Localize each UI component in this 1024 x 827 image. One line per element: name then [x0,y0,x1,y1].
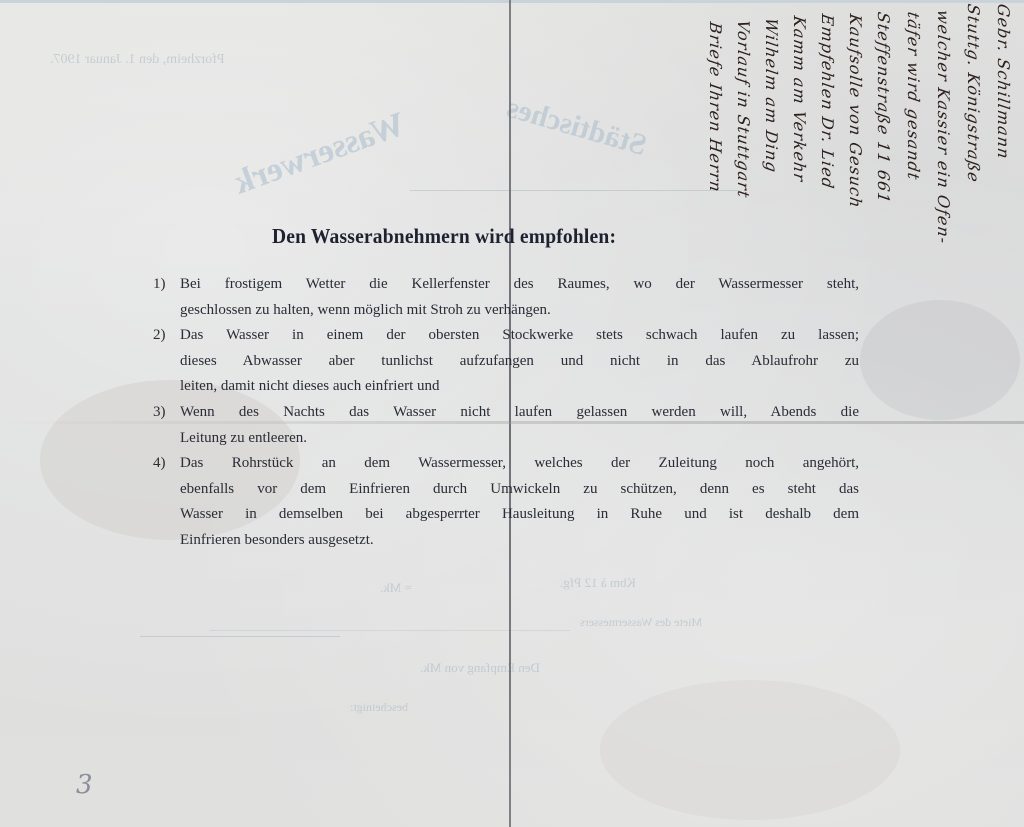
handwriting-column: Briefe Ihren Herrn [706,21,725,194]
handwriting-column: Kaufsolle von Gesuch [846,13,865,210]
item-line: Leitung zu entleeren. [180,426,859,452]
item-line: Wenn des Nachts das Wasser nicht laufen … [180,400,859,426]
scanned-document: Pforzheim, den 1. Januar 1907. Wasserwer… [0,0,1024,827]
item-number: 2) [153,323,166,349]
show-through-rule [140,636,340,637]
handwriting-column: Vorlauf in Stuttgart [734,19,753,200]
handwritten-note: Gebr. Schillmann Stuttg. Königstraße wel… [676,4,1021,304]
item-line: Das Rohrstück an dem Wassermesser, welch… [180,451,859,477]
handwriting-column: Stuttg. Königstraße [964,3,983,184]
show-through-line: Den Empfang von Mk. [420,660,540,676]
show-through-line: bescheinigt: [350,700,408,715]
handwriting-column: Gebr. Schillmann [994,3,1013,161]
item-line: leiten, damit nicht dieses auch einfrier… [180,374,859,400]
item-line: Das Wasser in einem der obersten Stockwe… [180,323,859,349]
item-line: dieses Abwasser aber tunlichst aufzufang… [180,349,859,375]
pencil-margin-mark: 3 [76,770,93,800]
handwriting-column: Empfehlen Dr. Lied [818,13,837,191]
recommendation-item: 4) Das Rohrstück an dem Wassermesser, we… [153,451,859,553]
item-number: 1) [153,272,166,298]
item-number: 4) [153,451,166,477]
item-line: Einfrieren besonders ausgesetzt. [180,528,859,554]
show-through-title-right: Städtisches [503,91,650,163]
recommendation-item: 2) Das Wasser in einem der obersten Stoc… [153,323,859,400]
item-number: 3) [153,400,166,426]
handwriting-column: welcher Kassier ein Ofen- [934,9,953,246]
item-line: ebenfalls vor dem Einfrieren durch Umwic… [180,477,859,503]
handwriting-column: Wilhelm am Ding [762,17,781,175]
recommendation-item: 3) Wenn des Nachts das Wasser nicht lauf… [153,400,859,451]
show-through-line: Kbm à 12 Pfg. [560,575,636,591]
handwriting-column: Kamm am Verkehr [790,15,809,184]
item-line: Wasser in demselben bei abgesperrter Hau… [180,502,859,528]
paper-stain [600,680,900,820]
scan-top-edge [0,0,1024,3]
recommendations-list: 1) Bei frostigem Wetter die Kellerfenste… [153,272,859,554]
show-through-line: Miete des Wassermessers [580,615,702,630]
show-through-title-left: Wasserwerk [229,105,411,202]
show-through-line: = Mk. [380,580,412,596]
paper-stain [860,300,1020,420]
show-through-date: Pforzheim, den 1. Januar 1907. [50,52,225,68]
document-heading: Den Wasserabnehmern wird empfohlen: [272,224,616,249]
handwriting-column: Steffenstraße 11 661 [874,11,893,205]
handwriting-column: täfer wird gesandt [904,11,923,182]
show-through-rule [210,630,570,631]
